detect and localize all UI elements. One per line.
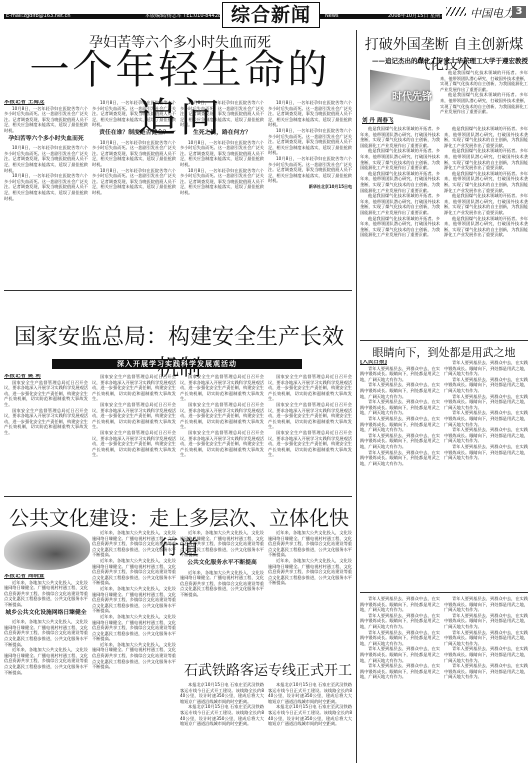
culture-col3: 近年来，各地加大公共文化投入，文化设施网络日臻健全。广播电视村村通工程、文化信息…: [180, 530, 264, 650]
header-editor: 本版编辑/杨志军 TEL:010-84428853: [145, 14, 231, 19]
divider: [360, 592, 528, 593]
railway-headline: 石武铁路客运专线正式开工: [180, 660, 356, 680]
safety-col1: 本报记者 姚 莉 国家安全生产监督管理总局近日召开会议，要求各地深入开展学习实践…: [4, 374, 88, 489]
commentary-headline: 眼睛向下，到处都是用武之地: [360, 344, 528, 360]
divider: [4, 290, 352, 291]
coal-badge-label: 时代先锋: [392, 88, 432, 103]
column-divider: [356, 30, 357, 763]
coal-article-body: 他是我国煤气化技术领域的开拓者。多年来，他带领团队潜心研究，打破国外技术垄断，实…: [440, 70, 528, 120]
coal-article-col1: 他是我国煤气化技术领域的开拓者。多年来，他带领团队潜心研究，打破国外技术垄断，实…: [360, 126, 440, 326]
header-section-en: News: [325, 14, 339, 19]
culture-col2: 近年来，各地加大公共文化投入，文化设施网络日臻健全。广播电视村村通工程、文化信息…: [92, 530, 176, 761]
culture-col1: 本报记者 周晓萱 近年来，各地加大公共文化投入，文化设施网络日臻健全。广播电视村…: [4, 574, 88, 761]
coal-headline: 打破外国垄断 自主创新煤气化技术: [360, 34, 528, 74]
brief-col1: 青年人要到基层去、到群众中去，在实践中锻炼成长。眼睛向下，到处都是用武之地，广阔…: [360, 596, 440, 761]
lead-subhead-3: 生死之间，路在何方？: [180, 131, 264, 137]
page-number: 3: [512, 6, 526, 18]
culture-col4: 近年来，各地加大公共文化投入，文化设施网络日臻健全。广播电视村村通工程、文化信息…: [268, 530, 352, 650]
divider: [4, 496, 352, 497]
railway-col1: 本报北京10月15日电 石家庄至武汉铁路客运专线今日正式开工建设。该线路全长约8…: [180, 682, 264, 762]
lead-article-body-col2: 10月8日，一名年轻孕妇在医院苦等六个多小时后失血而死。这一悲剧引发社会广泛关注…: [92, 100, 176, 270]
culture-photo: [4, 530, 90, 570]
coal-article-col2: 他是我国煤气化技术领域的开拓者。多年来，他带领团队潜心研究，打破国外技术垄断，实…: [444, 126, 528, 326]
brief-col2: 青年人要到基层去、到群众中去，在实践中锻炼成长。眼睛向下，到处都是用武之地，广阔…: [444, 596, 528, 761]
commentary-col2: 青年人要到基层去、到群众中去，在实践中锻炼成长。眼睛向下，到处都是用武之地，广阔…: [444, 360, 528, 555]
lead-article-body: 本报记者 王海龙 10月8日，一名年轻孕妇在医院苦等六个多小时后失血而死。这一悲…: [4, 100, 88, 270]
lead-dateline: 新华社北京10月15日电: [268, 184, 352, 190]
lead-article-body-col3: 10月8日，一名年轻孕妇在医院苦等六个多小时后失血而死。这一悲剧引发社会广泛关注…: [180, 100, 264, 270]
commentary-col1: [人民日报] 青年人要到基层去、到群众中去，在实践中锻炼成长。眼睛向下，到处都是…: [360, 360, 440, 555]
safety-banner: 深入开展学习实践科学发展观活动: [52, 359, 302, 369]
coal-byline: 刘 丹 周春飞: [362, 116, 393, 124]
section-title: 综合新闻: [222, 2, 320, 28]
header-email: E-mail:zgdlfb@163.net.cn: [6, 14, 71, 19]
safety-col2: 国家安全生产监督管理总局近日召开会议，要求各地深入开展学习实践科学发展观活动，进…: [92, 374, 176, 489]
culture-subhead-2: 公共文化服务水平不断提高: [180, 561, 264, 567]
safety-col3: 国家安全生产监督管理总局近日召开会议，要求各地深入开展学习实践科学发展观活动，进…: [180, 374, 264, 489]
railway-col2: 本报北京10月15日电 石家庄至武汉铁路客运专线今日正式开工建设。该线路全长约8…: [268, 682, 352, 762]
divider: [360, 340, 528, 341]
lead-subhead-2: 责任在谁？制度是否健全？: [92, 131, 176, 137]
decorative-hatch-icon: [446, 7, 466, 16]
lead-subhead-1: 孕妇苦等六个多小时失血而死: [4, 137, 88, 143]
lead-article-body-col4: 10月8日，一名年轻孕妇在医院苦等六个多小时后失血而死。这一悲剧引发社会广泛关注…: [268, 100, 352, 270]
safety-headline: 国家安监总局：构建安全生产长效机制: [4, 320, 354, 382]
safety-col4: 国家安全生产监督管理总局近日召开会议，要求各地深入开展学习实践科学发展观活动，进…: [268, 374, 352, 489]
culture-subhead-1: 城乡公共文化设施网络日臻健全: [4, 611, 88, 617]
coal-subheadline: ——追记杰出的煤化工专家、华东理工大学于遵宏教授: [372, 56, 530, 65]
header-date: 2008年10月15日 星期三: [388, 14, 445, 19]
